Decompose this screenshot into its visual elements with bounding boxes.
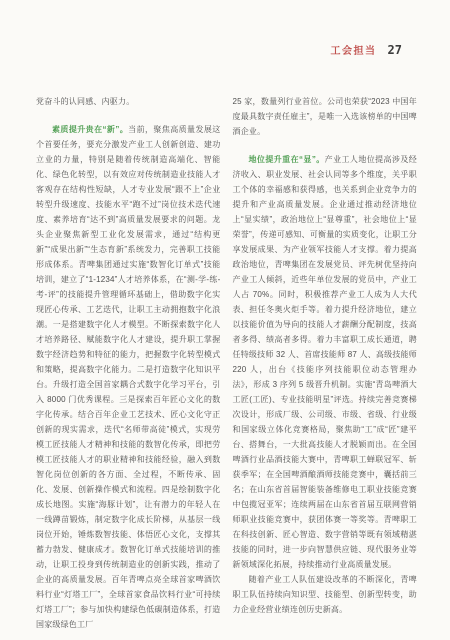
section-2-paragraph: 地位提升重在“显”。产业工人地位提高涉及经济收入、职业发展、社会认同等多个维度，… bbox=[233, 152, 418, 572]
running-header: 工会担当 27 bbox=[331, 42, 402, 57]
section-1-heading: 素质提升贵在“新”。 bbox=[52, 125, 128, 134]
page-number: 27 bbox=[388, 43, 402, 57]
text-columns: 党奋斗的认同感、内驱力。 素质提升贵在“新”。当前，聚焦高质量发展这个首要任务，… bbox=[36, 94, 417, 632]
section-1-paragraph: 素质提升贵在“新”。当前，聚焦高质量发展这个首要任务，要充分激发产业工人创新创造… bbox=[36, 122, 221, 632]
right-continuation-paragraph: 25 家，数量列行业首位。公司也荣获“2023 中国年度最具数字责任雇主”，是唯… bbox=[233, 94, 418, 139]
left-continuation-paragraph: 党奋斗的认同感、内驱力。 bbox=[36, 94, 221, 109]
left-column: 党奋斗的认同感、内驱力。 素质提升贵在“新”。当前，聚焦高质量发展这个首要任务，… bbox=[36, 94, 221, 632]
section-1-body: 当前，聚焦高质量发展这个首要任务，要充分激发产业工人创新创造、建功立业的力量，特… bbox=[36, 125, 221, 629]
section-label: 工会担当 bbox=[331, 42, 377, 57]
magazine-page: 工会担当 27 党奋斗的认同感、内驱力。 素质提升贵在“新”。当前，聚焦高质量发… bbox=[0, 0, 450, 640]
section-2-body: 产业工人地位提高涉及经济收入、职业发展、社会认同等多个维度，关乎职工个体的幸福感… bbox=[233, 155, 418, 569]
right-column: 25 家，数量列行业首位。公司也荣获“2023 中国年度最具数字责任雇主”，是唯… bbox=[233, 94, 418, 632]
section-2-heading: 地位提升重在“显”。 bbox=[249, 155, 325, 164]
closing-paragraph: 随着产业工人队伍建设改革的不断深化，青啤职工队伍持续向知识型、技能型、创新型转变… bbox=[233, 572, 418, 617]
